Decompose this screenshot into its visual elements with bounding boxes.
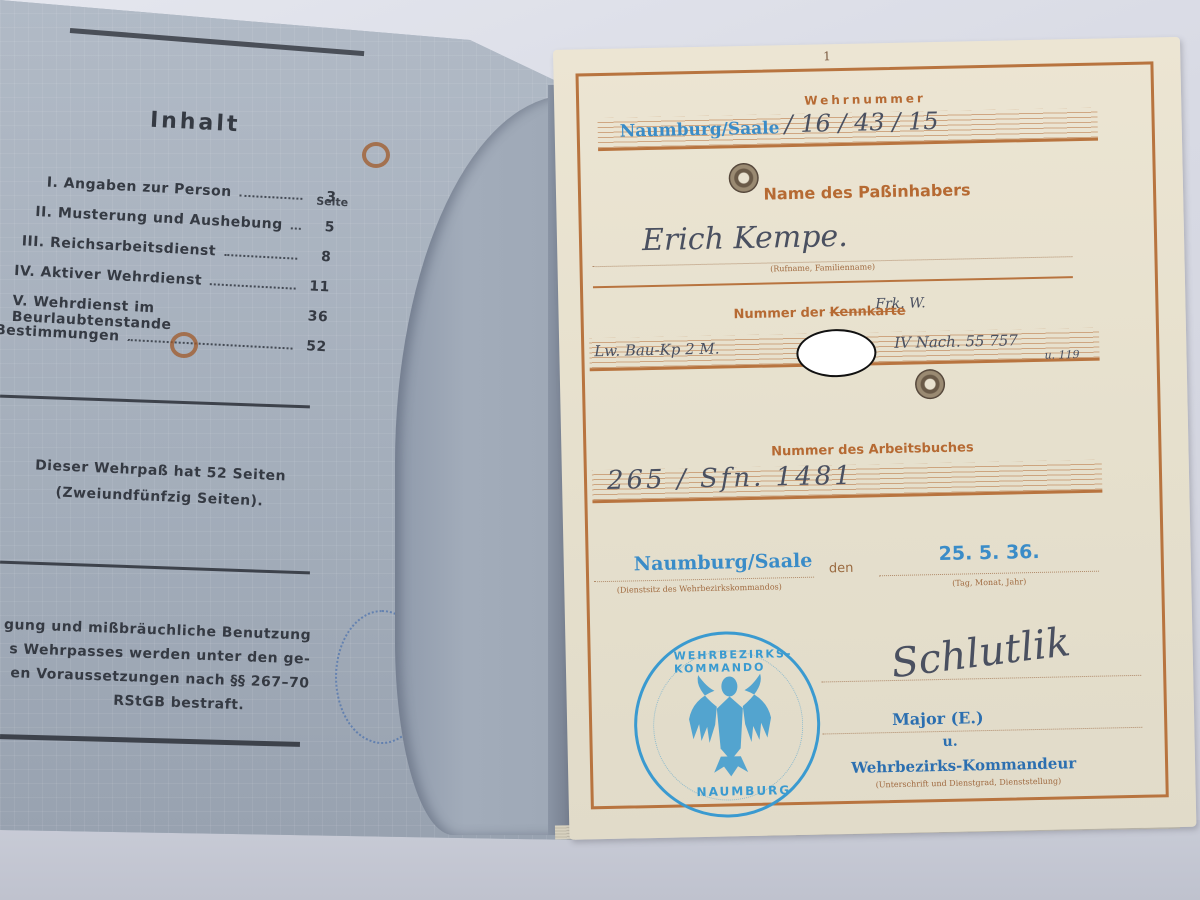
rank-dotted-line bbox=[822, 727, 1142, 735]
toc-item-page: 52 bbox=[300, 338, 327, 355]
toc-item-page: 5 bbox=[309, 218, 336, 235]
date-caption: (Tag, Monat, Jahr) bbox=[929, 577, 1049, 589]
page-number: 1 bbox=[823, 49, 831, 63]
wehrnummer-stamp: Naumburg/Saale bbox=[620, 118, 780, 141]
toc-item-label: II. Musterung und Aushebung bbox=[35, 204, 283, 233]
toc-item: I. Angaben zur Person3 bbox=[46, 174, 336, 205]
place-caption: (Dienstsitz des Wehrbezirkskommandos) bbox=[599, 582, 799, 595]
kennkarte-value-right: IV Nach. 55 757 bbox=[894, 331, 1018, 352]
toc-item-label: I. Angaben zur Person bbox=[46, 174, 232, 200]
toc-item-page: 3 bbox=[310, 188, 337, 205]
name-label: Name des Paßinhabers bbox=[581, 176, 1153, 207]
eagle-emblem-icon bbox=[684, 668, 776, 780]
penalty-notice: gung und mißbräuchliche Benutzung s Wehr… bbox=[0, 612, 312, 719]
toc-item: II. Musterung und Aushebung5 bbox=[35, 204, 335, 236]
table-of-contents: Seite I. Angaben zur Person3 II. Musteru… bbox=[0, 160, 360, 179]
top-rule bbox=[70, 28, 364, 56]
seal-text-bottom: NAUMBURG bbox=[696, 783, 791, 799]
kennkarte-annotation: Frk. W. bbox=[875, 295, 926, 312]
kennkarte-value-sub: u. 119 bbox=[1044, 348, 1079, 362]
wehrnummer-handwritten: / 16 / 43 / 15 bbox=[784, 107, 939, 138]
name-handwritten: Erich Kempe. bbox=[642, 219, 848, 258]
redaction-mark bbox=[796, 328, 877, 378]
toc-item: III. Reichsarbeitsdienst8 bbox=[21, 233, 331, 265]
divider-rule bbox=[0, 395, 310, 409]
bottom-rule bbox=[0, 734, 300, 747]
form-frame: Wehrnummer Naumburg/Saale / 16 / 43 / 15… bbox=[575, 61, 1168, 809]
toc-item-page: 11 bbox=[303, 278, 330, 295]
toc-item-page: 8 bbox=[305, 248, 332, 265]
separator-line bbox=[593, 276, 1073, 288]
kennkarte-value-left: Lw. Bau-Kp 2 M. bbox=[594, 340, 720, 361]
kennkarte-label-text: Nummer der bbox=[733, 305, 825, 322]
toc-item-label: III. Reichsarbeitsdienst bbox=[21, 233, 216, 259]
toc-item-label: IV. Aktiver Wehrdienst bbox=[14, 263, 203, 289]
rank-stamp: Major (E.) bbox=[892, 708, 984, 729]
toc-title: Inhalt bbox=[149, 108, 241, 138]
official-seal-stamp: WEHRBEZIRKS-KOMMANDO NAUMBURG bbox=[632, 630, 822, 820]
title-stamp: Wehrbezirks-Kommandeur bbox=[851, 754, 1076, 777]
toc-item: IV. Aktiver Wehrdienst11 bbox=[14, 263, 330, 296]
date-stamp: 25. 5. 36. bbox=[938, 541, 1039, 565]
arbeitsbuch-handwritten: 265 / Sfn. 1481 bbox=[607, 461, 854, 496]
right-page-form: 1 Wehrnummer Naumburg/Saale / 16 / 43 / … bbox=[553, 37, 1196, 840]
signature-caption: (Unterschrift und Dienstgrad, Dienststel… bbox=[843, 776, 1093, 790]
rust-stain bbox=[170, 332, 198, 358]
and-stamp: u. bbox=[942, 734, 957, 750]
date-dotted-line bbox=[879, 571, 1099, 577]
toc-item-page: 36 bbox=[304, 308, 328, 325]
page-count-note: Dieser Wehrpaß hat 52 Seiten (Zweiundfün… bbox=[29, 452, 291, 515]
eyelet-grommet bbox=[915, 369, 946, 400]
divider-rule bbox=[0, 561, 310, 575]
den-label: den bbox=[829, 561, 854, 577]
place-stamp: Naumburg/Saale bbox=[634, 550, 813, 576]
rust-stain bbox=[362, 142, 390, 168]
